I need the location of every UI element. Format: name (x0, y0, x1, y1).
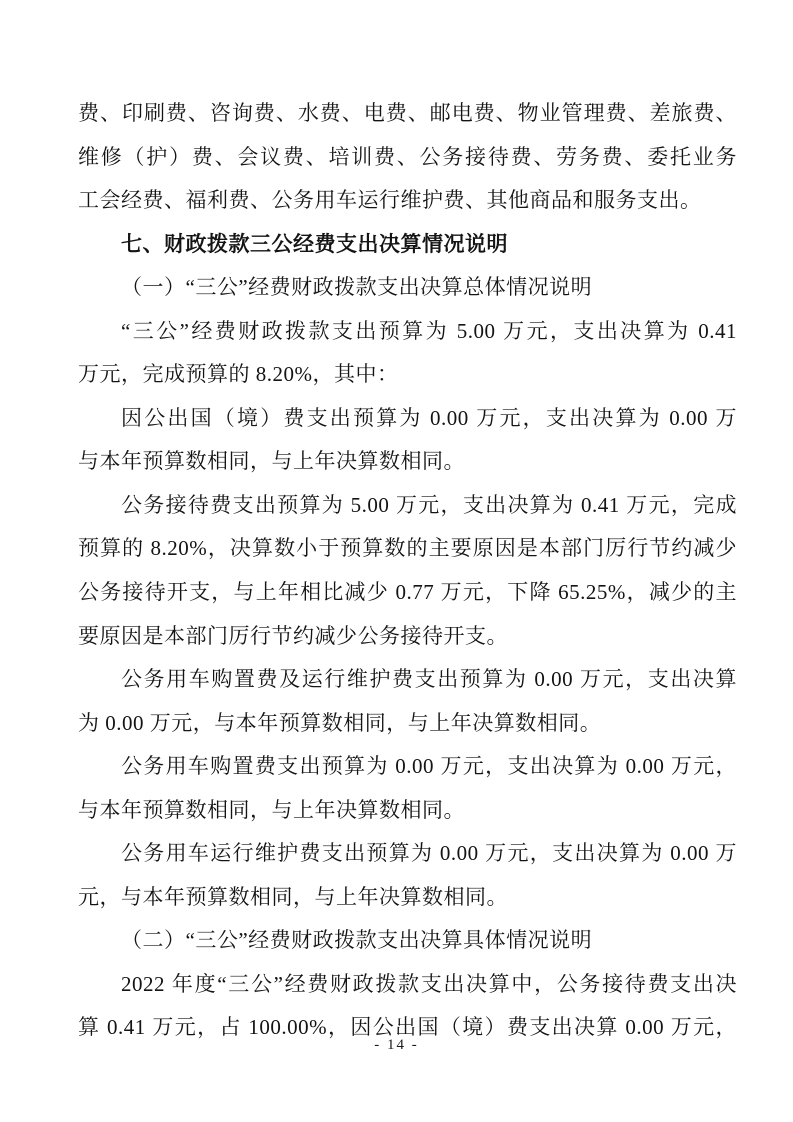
text-line: 公务用车购置费及运行维护费支出预算为 0.00 万元，支出决算 (78, 658, 737, 702)
paragraph: 因公出国（境）费支出预算为 0.00 万元，支出决算为 0.00 万元， 与本年… (78, 397, 737, 484)
paragraph: 七、财政拨款三公经费支出决算情况说明 (78, 223, 737, 267)
text-line: 为 0.00 万元，与本年预算数相同，与上年决算数相同。 (78, 702, 737, 746)
paragraph: （一）“三公”经费财政拨款支出决算总体情况说明 (78, 266, 737, 310)
paragraph: （二）“三公”经费财政拨款支出决算具体情况说明 (78, 919, 737, 963)
text-line: 工会经费、福利费、公务用车运行维护费、其他商品和服务支出。 (78, 179, 737, 223)
text-line: 公务用车购置费支出预算为 0.00 万元，支出决算为 0.00 万元， (78, 745, 737, 789)
document-page: 费、印刷费、咨询费、水费、电费、邮电费、物业管理费、差旅费、 维修（护）费、会议… (0, 0, 793, 1122)
sub-heading: （二）“三公”经费财政拨款支出决算具体情况说明 (78, 919, 737, 963)
paragraph: 公务用车运行维护费支出预算为 0.00 万元，支出决算为 0.00 万 元，与本… (78, 832, 737, 919)
text-line: 元，与本年预算数相同，与上年决算数相同。 (78, 876, 737, 920)
text-line: 与本年预算数相同，与上年决算数相同。 (78, 789, 737, 833)
text-line: 公务用车运行维护费支出预算为 0.00 万元，支出决算为 0.00 万 (78, 832, 737, 876)
paragraph: 公务接待费支出预算为 5.00 万元，支出决算为 0.41 万元，完成 预算的 … (78, 484, 737, 658)
text-line: 万元，完成预算的 8.20%，其中： (78, 353, 737, 397)
text-line: 维修（护）费、会议费、培训费、公务接待费、劳务费、委托业务费、 (78, 136, 737, 180)
text-line: 费、印刷费、咨询费、水费、电费、邮电费、物业管理费、差旅费、 (78, 92, 737, 136)
paragraph: “三公”经费财政拨款支出预算为 5.00 万元，支出决算为 0.41 万元，完成… (78, 310, 737, 397)
text-line: 要原因是本部门厉行节约减少公务接待开支。 (78, 615, 737, 659)
paragraph: 公务用车购置费支出预算为 0.00 万元，支出决算为 0.00 万元， 与本年预… (78, 745, 737, 832)
text-line: 预算的 8.20%，决算数小于预算数的主要原因是本部门厉行节约减少 (78, 527, 737, 571)
text-line: 与本年预算数相同，与上年决算数相同。 (78, 440, 737, 484)
document-text-block: 费、印刷费、咨询费、水费、电费、邮电费、物业管理费、差旅费、 维修（护）费、会议… (78, 92, 737, 1050)
text-line: 2022 年度“三公”经费财政拨款支出决算中，公务接待费支出决 (78, 963, 737, 1007)
text-line: 公务接待费支出预算为 5.00 万元，支出决算为 0.41 万元，完成 (78, 484, 737, 528)
sub-heading: （一）“三公”经费财政拨款支出决算总体情况说明 (78, 266, 737, 310)
section-heading: 七、财政拨款三公经费支出决算情况说明 (78, 223, 737, 267)
page-number: - 14 - (0, 1034, 793, 1056)
paragraph: 公务用车购置费及运行维护费支出预算为 0.00 万元，支出决算 为 0.00 万… (78, 658, 737, 745)
text-line: 公务接待开支，与上年相比减少 0.77 万元，下降 65.25%，减少的主 (78, 571, 737, 615)
text-line: 因公出国（境）费支出预算为 0.00 万元，支出决算为 0.00 万元， (78, 397, 737, 441)
text-line: “三公”经费财政拨款支出预算为 5.00 万元，支出决算为 0.41 (78, 310, 737, 354)
paragraph: 费、印刷费、咨询费、水费、电费、邮电费、物业管理费、差旅费、 维修（护）费、会议… (78, 92, 737, 223)
